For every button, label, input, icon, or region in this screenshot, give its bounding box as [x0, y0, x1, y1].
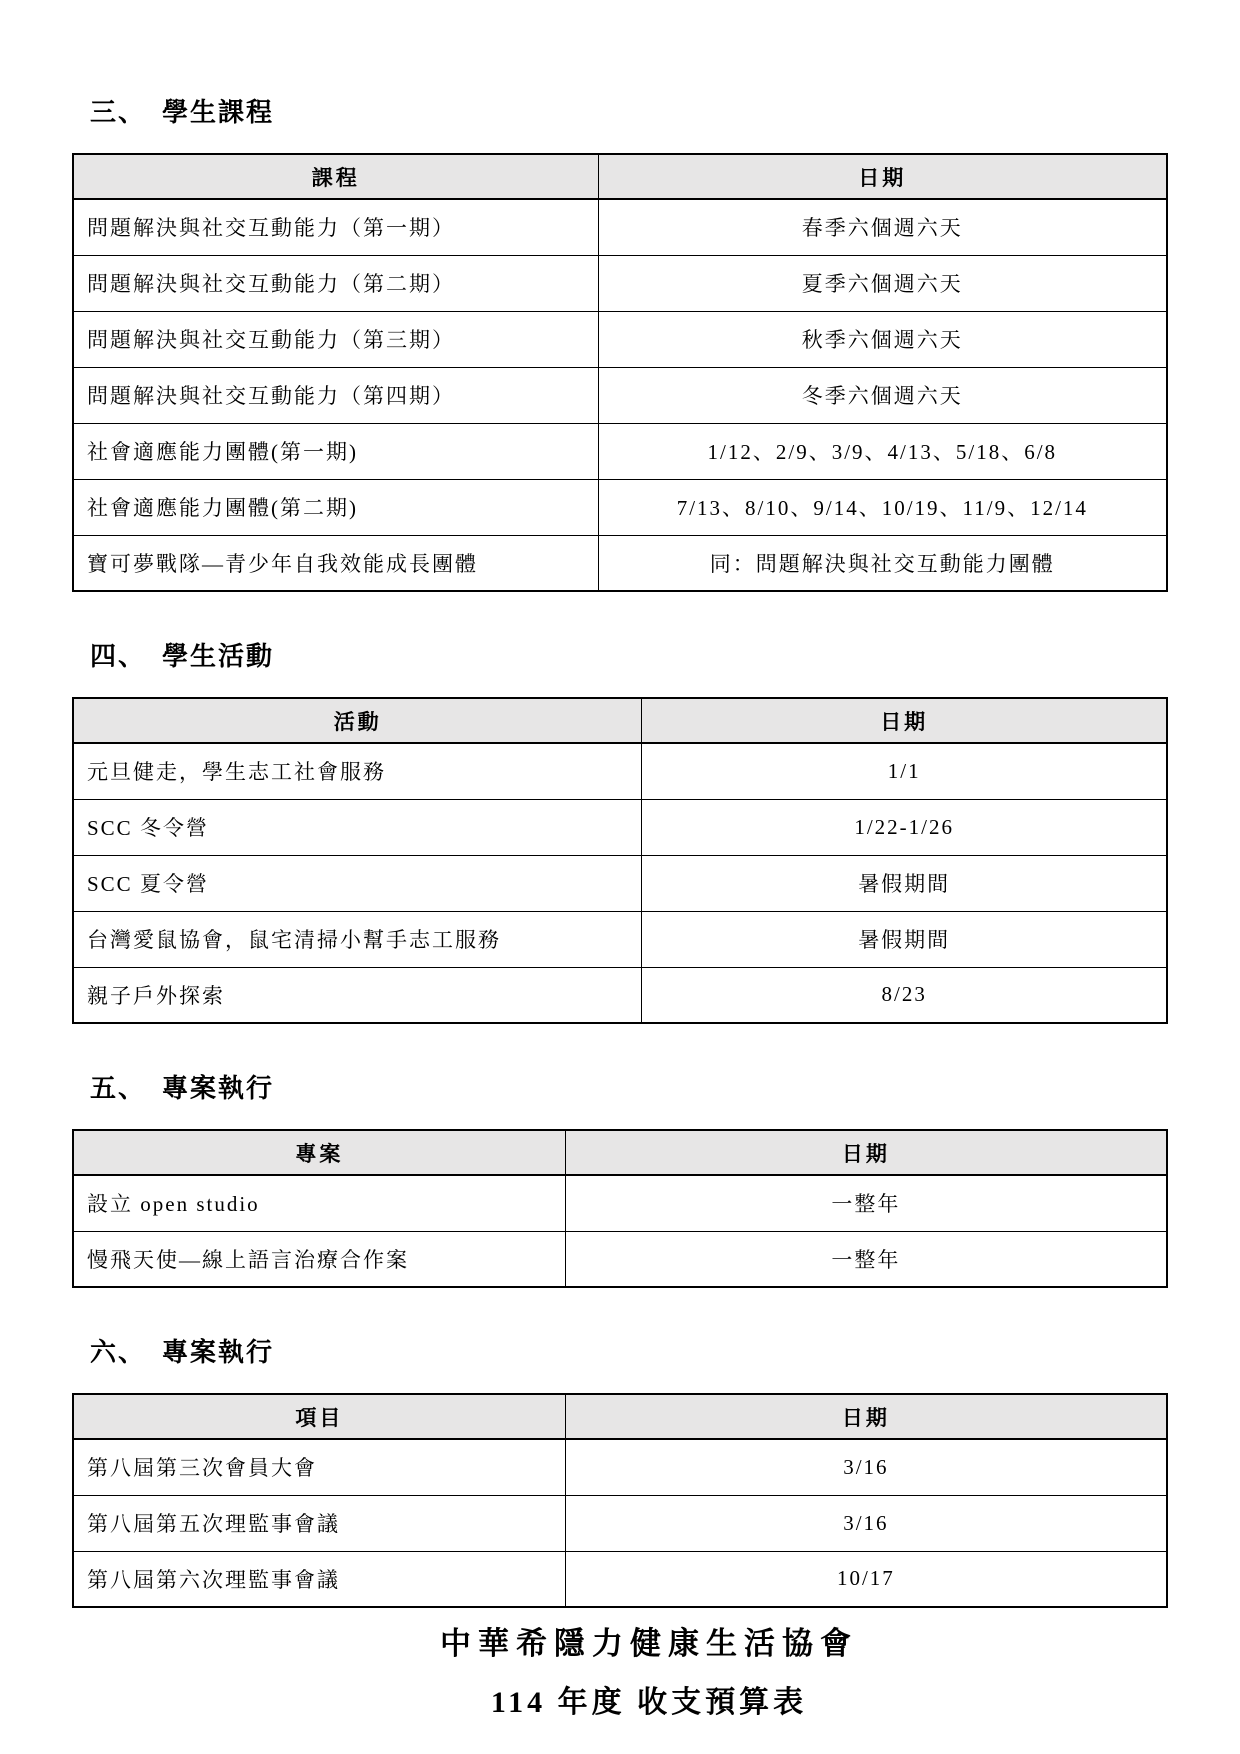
column-header-activity: 活動 — [73, 698, 642, 743]
table-header-row: 活動 日期 — [73, 698, 1167, 743]
date-cell: 3/16 — [565, 1495, 1167, 1551]
column-header-date: 日期 — [598, 154, 1167, 199]
activity-name-cell: SCC 夏令營 — [73, 855, 642, 911]
date-cell: 暑假期間 — [642, 855, 1167, 911]
item-name-cell: 第八屆第六次理監事會議 — [73, 1551, 565, 1607]
column-header-date: 日期 — [642, 698, 1167, 743]
section-title: 學生課程 — [162, 92, 274, 129]
course-name-cell: 社會適應能力團體(第二期) — [73, 479, 598, 535]
date-cell: 秋季六個週六天 — [598, 311, 1167, 367]
table-row: 慢飛天使—線上語言治療合作案 一整年 — [73, 1231, 1167, 1287]
date-cell: 7/13、8/10、9/14、10/19、11/9、12/14 — [598, 479, 1167, 535]
section-number: 六、 — [90, 1332, 146, 1369]
course-name-cell: 問題解決與社交互動能力（第三期） — [73, 311, 598, 367]
table-row: 問題解決與社交互動能力（第四期） 冬季六個週六天 — [73, 367, 1167, 423]
column-header-course: 課程 — [73, 154, 598, 199]
date-cell: 3/16 — [565, 1439, 1167, 1495]
date-cell: 暑假期間 — [642, 911, 1167, 967]
table-row: 元旦健走，學生志工社會服務 1/1 — [73, 743, 1167, 799]
table-row: 問題解決與社交互動能力（第一期） 春季六個週六天 — [73, 199, 1167, 255]
date-cell: 8/23 — [642, 967, 1167, 1023]
activity-name-cell: 元旦健走，學生志工社會服務 — [73, 743, 642, 799]
section-title: 專案執行 — [162, 1332, 274, 1369]
date-cell: 1/1 — [642, 743, 1167, 799]
date-cell: 1/12、2/9、3/9、4/13、5/18、6/8 — [598, 423, 1167, 479]
table-row: 第八屆第六次理監事會議 10/17 — [73, 1551, 1167, 1607]
course-name-cell: 寶可夢戰隊—青少年自我效能成長團體 — [73, 535, 598, 591]
activity-name-cell: 台灣愛鼠協會，鼠宅清掃小幫手志工服務 — [73, 911, 642, 967]
table-header-row: 課程 日期 — [73, 154, 1167, 199]
date-cell: 一整年 — [565, 1175, 1167, 1231]
table-row: 寶可夢戰隊—青少年自我效能成長團體 同：問題解決與社交互動能力團體 — [73, 535, 1167, 591]
column-header-project: 專案 — [73, 1130, 565, 1175]
section-title: 學生活動 — [162, 636, 274, 673]
budget-table-title: 114 年度 收支預算表 — [130, 1677, 1168, 1721]
section-heading: 五、 專案執行 — [72, 1068, 1168, 1105]
table-row: 設立 open studio 一整年 — [73, 1175, 1167, 1231]
page-footer: 中華希隱力健康生活協會 114 年度 收支預算表 — [72, 1618, 1168, 1721]
section-number: 四、 — [90, 636, 146, 673]
section-heading: 六、 專案執行 — [72, 1332, 1168, 1369]
project-name-cell: 設立 open studio — [73, 1175, 565, 1231]
course-name-cell: 問題解決與社交互動能力（第四期） — [73, 367, 598, 423]
meetings-table: 項目 日期 第八屆第三次會員大會 3/16 第八屆第五次理監事會議 3/16 第… — [72, 1393, 1168, 1608]
table-header-row: 專案 日期 — [73, 1130, 1167, 1175]
item-name-cell: 第八屆第三次會員大會 — [73, 1439, 565, 1495]
item-name-cell: 第八屆第五次理監事會議 — [73, 1495, 565, 1551]
course-name-cell: 問題解決與社交互動能力（第一期） — [73, 199, 598, 255]
section-title: 專案執行 — [162, 1068, 274, 1105]
column-header-date: 日期 — [565, 1394, 1167, 1439]
section-heading: 四、 學生活動 — [72, 636, 1168, 673]
activity-name-cell: SCC 冬令營 — [73, 799, 642, 855]
table-row: 問題解決與社交互動能力（第三期） 秋季六個週六天 — [73, 311, 1167, 367]
section-heading: 三、 學生課程 — [72, 92, 1168, 129]
section-student-activities: 四、 學生活動 活動 日期 元旦健走，學生志工社會服務 1/1 SCC 冬令營 … — [72, 636, 1168, 1024]
date-cell: 10/17 — [565, 1551, 1167, 1607]
student-activities-table: 活動 日期 元旦健走，學生志工社會服務 1/1 SCC 冬令營 1/22-1/2… — [72, 697, 1168, 1024]
table-row: SCC 夏令營 暑假期間 — [73, 855, 1167, 911]
table-header-row: 項目 日期 — [73, 1394, 1167, 1439]
column-header-item: 項目 — [73, 1394, 565, 1439]
course-name-cell: 社會適應能力團體(第一期) — [73, 423, 598, 479]
table-row: 第八屆第五次理監事會議 3/16 — [73, 1495, 1167, 1551]
course-name-cell: 問題解決與社交互動能力（第二期） — [73, 255, 598, 311]
table-row: 社會適應能力團體(第二期) 7/13、8/10、9/14、10/19、11/9、… — [73, 479, 1167, 535]
table-row: 親子戶外探索 8/23 — [73, 967, 1167, 1023]
association-name: 中華希隱力健康生活協會 — [130, 1618, 1168, 1663]
section-number: 五、 — [90, 1068, 146, 1105]
date-cell: 春季六個週六天 — [598, 199, 1167, 255]
date-cell: 1/22-1/26 — [642, 799, 1167, 855]
date-cell: 冬季六個週六天 — [598, 367, 1167, 423]
table-row: 台灣愛鼠協會，鼠宅清掃小幫手志工服務 暑假期間 — [73, 911, 1167, 967]
column-header-date: 日期 — [565, 1130, 1167, 1175]
section-number: 三、 — [90, 92, 146, 129]
table-row: SCC 冬令營 1/22-1/26 — [73, 799, 1167, 855]
table-row: 問題解決與社交互動能力（第二期） 夏季六個週六天 — [73, 255, 1167, 311]
document-page: 三、 學生課程 課程 日期 問題解決與社交互動能力（第一期） 春季六個週六天 問… — [0, 0, 1240, 1721]
table-row: 社會適應能力團體(第一期) 1/12、2/9、3/9、4/13、5/18、6/8 — [73, 423, 1167, 479]
section-projects-2: 六、 專案執行 項目 日期 第八屆第三次會員大會 3/16 第八屆第五次理監事會… — [72, 1332, 1168, 1608]
project-name-cell: 慢飛天使—線上語言治療合作案 — [73, 1231, 565, 1287]
section-projects-1: 五、 專案執行 專案 日期 設立 open studio 一整年 慢飛天使—線上… — [72, 1068, 1168, 1288]
activity-name-cell: 親子戶外探索 — [73, 967, 642, 1023]
date-cell: 一整年 — [565, 1231, 1167, 1287]
student-courses-table: 課程 日期 問題解決與社交互動能力（第一期） 春季六個週六天 問題解決與社交互動… — [72, 153, 1168, 592]
projects-table: 專案 日期 設立 open studio 一整年 慢飛天使—線上語言治療合作案 … — [72, 1129, 1168, 1288]
date-cell: 同：問題解決與社交互動能力團體 — [598, 535, 1167, 591]
date-cell: 夏季六個週六天 — [598, 255, 1167, 311]
table-row: 第八屆第三次會員大會 3/16 — [73, 1439, 1167, 1495]
section-student-courses: 三、 學生課程 課程 日期 問題解決與社交互動能力（第一期） 春季六個週六天 問… — [72, 92, 1168, 592]
